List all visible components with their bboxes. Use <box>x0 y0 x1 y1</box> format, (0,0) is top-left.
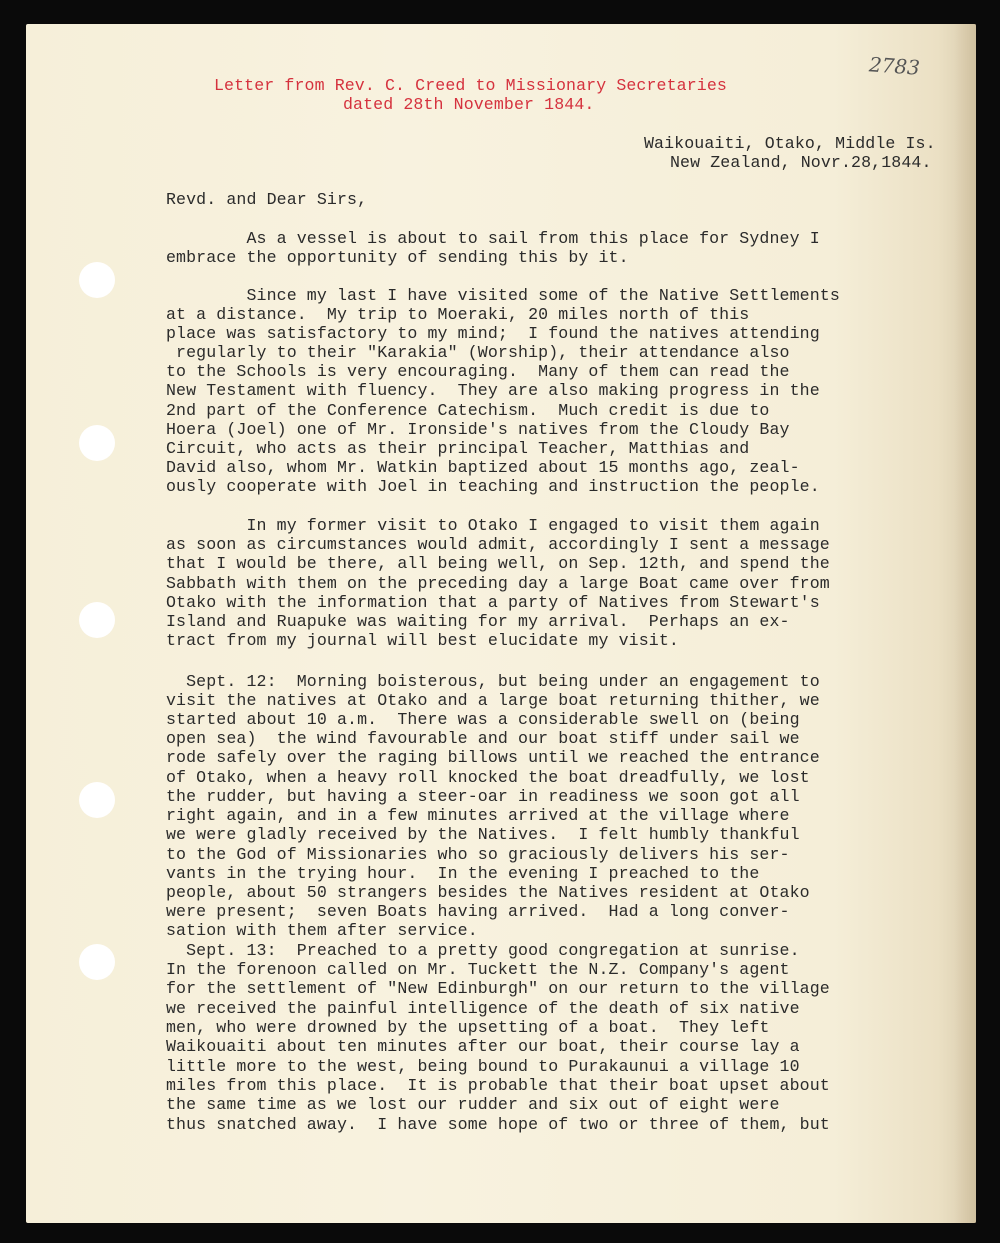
body-line: that I would be there, all being well, o… <box>166 554 830 573</box>
body-line: Sept. 12: Morning boisterous, but being … <box>166 672 820 691</box>
body-line: vants in the trying hour. In the evening… <box>166 864 759 883</box>
body-line: Sabbath with them on the preceding day a… <box>166 574 830 593</box>
body-line: people, about 50 strangers besides the N… <box>166 883 810 902</box>
salutation: Revd. and Dear Sirs, <box>166 190 367 209</box>
body-line: as soon as circumstances would admit, ac… <box>166 535 830 554</box>
body-line: the rudder, but having a steer-oar in re… <box>166 787 800 806</box>
body-line: In the forenoon called on Mr. Tuckett th… <box>166 960 790 979</box>
body-line: of Otako, when a heavy roll knocked the … <box>166 768 810 787</box>
body-line: New Testament with fluency. They are als… <box>166 381 820 400</box>
body-line: were present; seven Boats having arrived… <box>166 902 790 921</box>
body-line: we were gladly received by the Natives. … <box>166 825 800 844</box>
body-line: ously cooperate with Joel in teaching an… <box>166 477 820 496</box>
body-line: to the Schools is very encouraging. Many… <box>166 362 790 381</box>
punch-hole <box>79 262 115 298</box>
body-line: for the settlement of "New Edinburgh" on… <box>166 979 830 998</box>
body-line: to the God of Missionaries who so gracio… <box>166 845 790 864</box>
body-line: Island and Ruapuke was waiting for my ar… <box>166 612 790 631</box>
body-line: place was satisfactory to my mind; I fou… <box>166 324 820 343</box>
body-line: Otako with the information that a party … <box>166 593 820 612</box>
punch-hole <box>79 944 115 980</box>
body-line: thus snatched away. I have some hope of … <box>166 1115 830 1134</box>
heading-line-1: Letter from Rev. C. Creed to Missionary … <box>214 76 727 95</box>
body-line: Waikouaiti about ten minutes after our b… <box>166 1037 800 1056</box>
body-line: started about 10 a.m. There was a consid… <box>166 710 800 729</box>
body-line: sation with them after service. <box>166 921 478 940</box>
body-line: at a distance. My trip to Moeraki, 20 mi… <box>166 305 749 324</box>
body-line: visit the natives at Otako and a large b… <box>166 691 820 710</box>
punch-hole <box>79 425 115 461</box>
body-line: embrace the opportunity of sending this … <box>166 248 629 267</box>
page-number-annotation: 2783 <box>868 52 920 79</box>
body-line: Since my last I have visited some of the… <box>166 286 840 305</box>
body-line: Circuit, who acts as their principal Tea… <box>166 439 749 458</box>
body-line: right again, and in a few minutes arrive… <box>166 806 790 825</box>
body-line: regularly to their "Karakia" (Worship), … <box>166 343 790 362</box>
body-line: the same time as we lost our rudder and … <box>166 1095 780 1114</box>
address-line-1: Waikouaiti, Otako, Middle Is. <box>644 134 936 153</box>
body-line: In my former visit to Otako I engaged to… <box>166 516 820 535</box>
body-line: Hoera (Joel) one of Mr. Ironside's nativ… <box>166 420 790 439</box>
punch-hole <box>79 782 115 818</box>
letter-page: 2783 Letter from Rev. C. Creed to Missio… <box>26 24 976 1223</box>
body-line: we received the painful intelligence of … <box>166 999 800 1018</box>
body-line: Sept. 13: Preached to a pretty good cong… <box>166 941 800 960</box>
body-line: David also, whom Mr. Watkin baptized abo… <box>166 458 800 477</box>
body-line: rode safely over the raging billows unti… <box>166 748 820 767</box>
body-line: tract from my journal will best elucidat… <box>166 631 679 650</box>
body-line: open sea) the wind favourable and our bo… <box>166 729 800 748</box>
address-line-2: New Zealand, Novr.28,1844. <box>670 153 932 172</box>
body-line: As a vessel is about to sail from this p… <box>166 229 820 248</box>
body-line: little more to the west, being bound to … <box>166 1057 800 1076</box>
punch-hole <box>79 602 115 638</box>
body-line: men, who were drowned by the upsetting o… <box>166 1018 769 1037</box>
body-line: miles from this place. It is probable th… <box>166 1076 830 1095</box>
body-line: 2nd part of the Conference Catechism. Mu… <box>166 401 769 420</box>
heading-line-2: dated 28th November 1844. <box>343 95 594 114</box>
